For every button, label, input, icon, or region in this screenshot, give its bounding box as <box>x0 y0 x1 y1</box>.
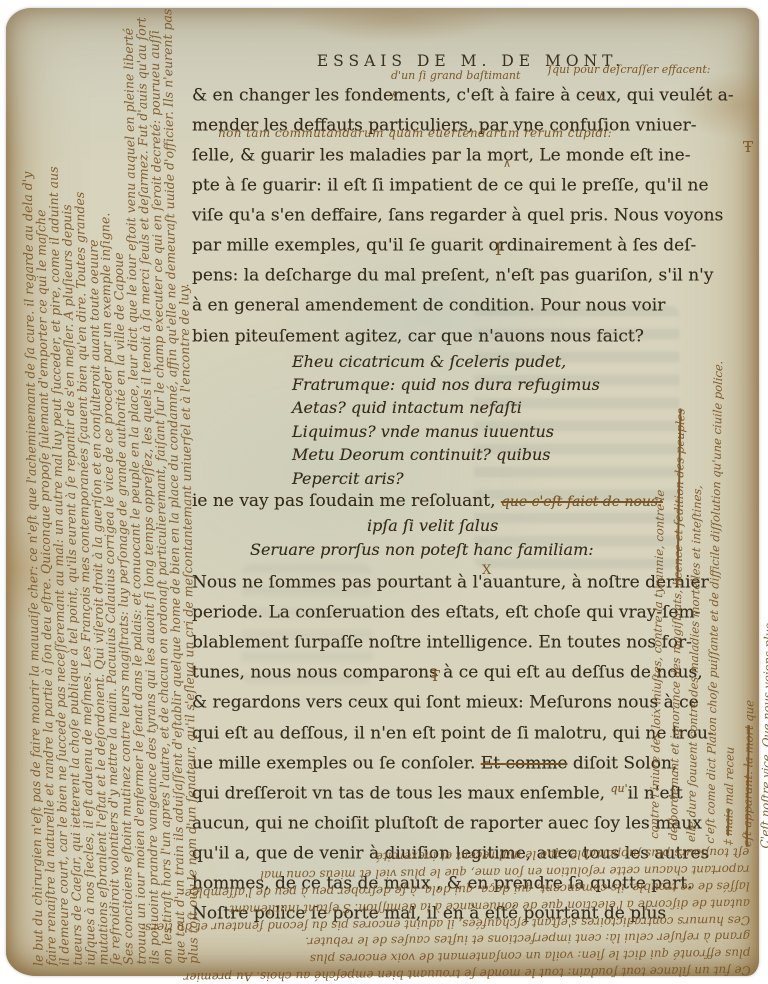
interlinear-insertion-descrasser: ſqui pour deſcraſſer effacent: <box>548 63 710 76</box>
x-insertion-mark: X <box>482 563 491 578</box>
interlinear-insertion-latin: non tam commutandarum quam euertendarum … <box>218 126 612 140</box>
right-marginalia: contre l'iniure des loix iniuſtes, contr… <box>645 138 768 848</box>
screenshot-canvas: ESSAIS DE M. DE MONT. & en changer les f… <box>0 0 768 984</box>
printed-line: & en changer les fondements, c'eſt à fai… <box>192 79 750 109</box>
left-marginalia: le but du chirurgien n'eſt pas de faire … <box>19 12 200 966</box>
insertion-mark-consoler: Ŧ <box>430 667 440 685</box>
caret-mark-mort: ∧ <box>503 157 511 170</box>
book-page: ESSAIS DE M. DE MONT. & en changer les f… <box>6 8 759 976</box>
interlinear-insertion-bastimant: d'un ſi grand baſtimant <box>391 69 520 82</box>
caret-mark-ceux: ∧ <box>598 91 605 102</box>
insertion-bar-condition: I <box>495 240 502 260</box>
bottom-marginalia-inverted: Ce fut un ſilance tout ſoudain: tout le … <box>157 840 751 984</box>
handwritten-deletion: que c'eſt faict de nous: <box>501 494 663 510</box>
caret-mark-fondements: ∧ <box>390 91 397 102</box>
insertion-mark-corner: Ŧ <box>743 138 753 156</box>
